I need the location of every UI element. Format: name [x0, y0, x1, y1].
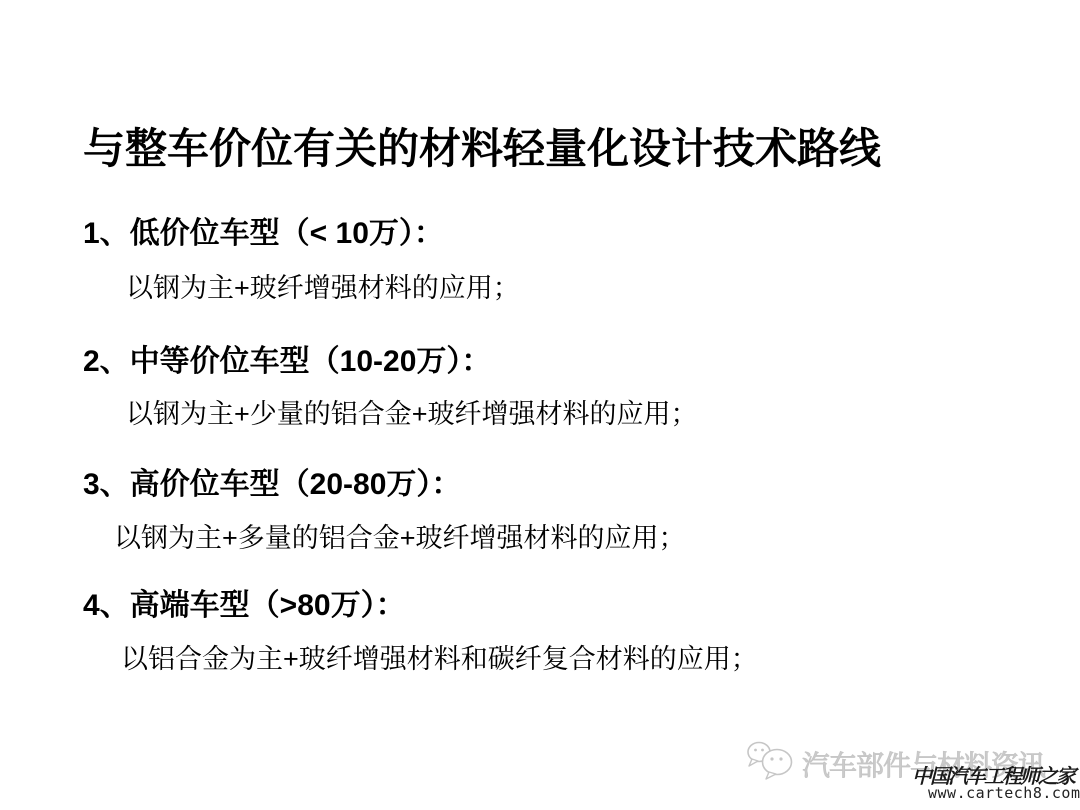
item-2-heading: 2、中等价位车型（10-20万）： [83, 345, 491, 378]
watermark-website-url: www.cartech8.com [928, 784, 1080, 802]
presentation-slide: 与整车价位有关的材料轻量化设计技术路线 1、低价位车型（< 10万）： 以钢为主… [0, 0, 1080, 810]
item-3-heading: 3、高价位车型（20-80万）： [83, 468, 461, 501]
slide-title: 与整车价位有关的材料轻量化设计技术路线 [83, 126, 881, 174]
wechat-bubbles-icon [746, 739, 798, 781]
item-1-detail: 以钢为主+玻纤增强材料的应用； [126, 274, 520, 304]
item-3-detail: 以钢为主+多量的铝合金+玻纤增强材料的应用； [114, 524, 686, 554]
item-4-detail: 以铝合金为主+玻纤增强材料和碳纤复合材料的应用； [121, 645, 758, 675]
item-4-heading: 4、高端车型（>80万）： [83, 589, 406, 622]
item-2-detail: 以钢为主+少量的铝合金+玻纤增强材料的应用； [126, 400, 698, 430]
item-1-heading: 1、低价位车型（< 10万）： [83, 217, 444, 250]
